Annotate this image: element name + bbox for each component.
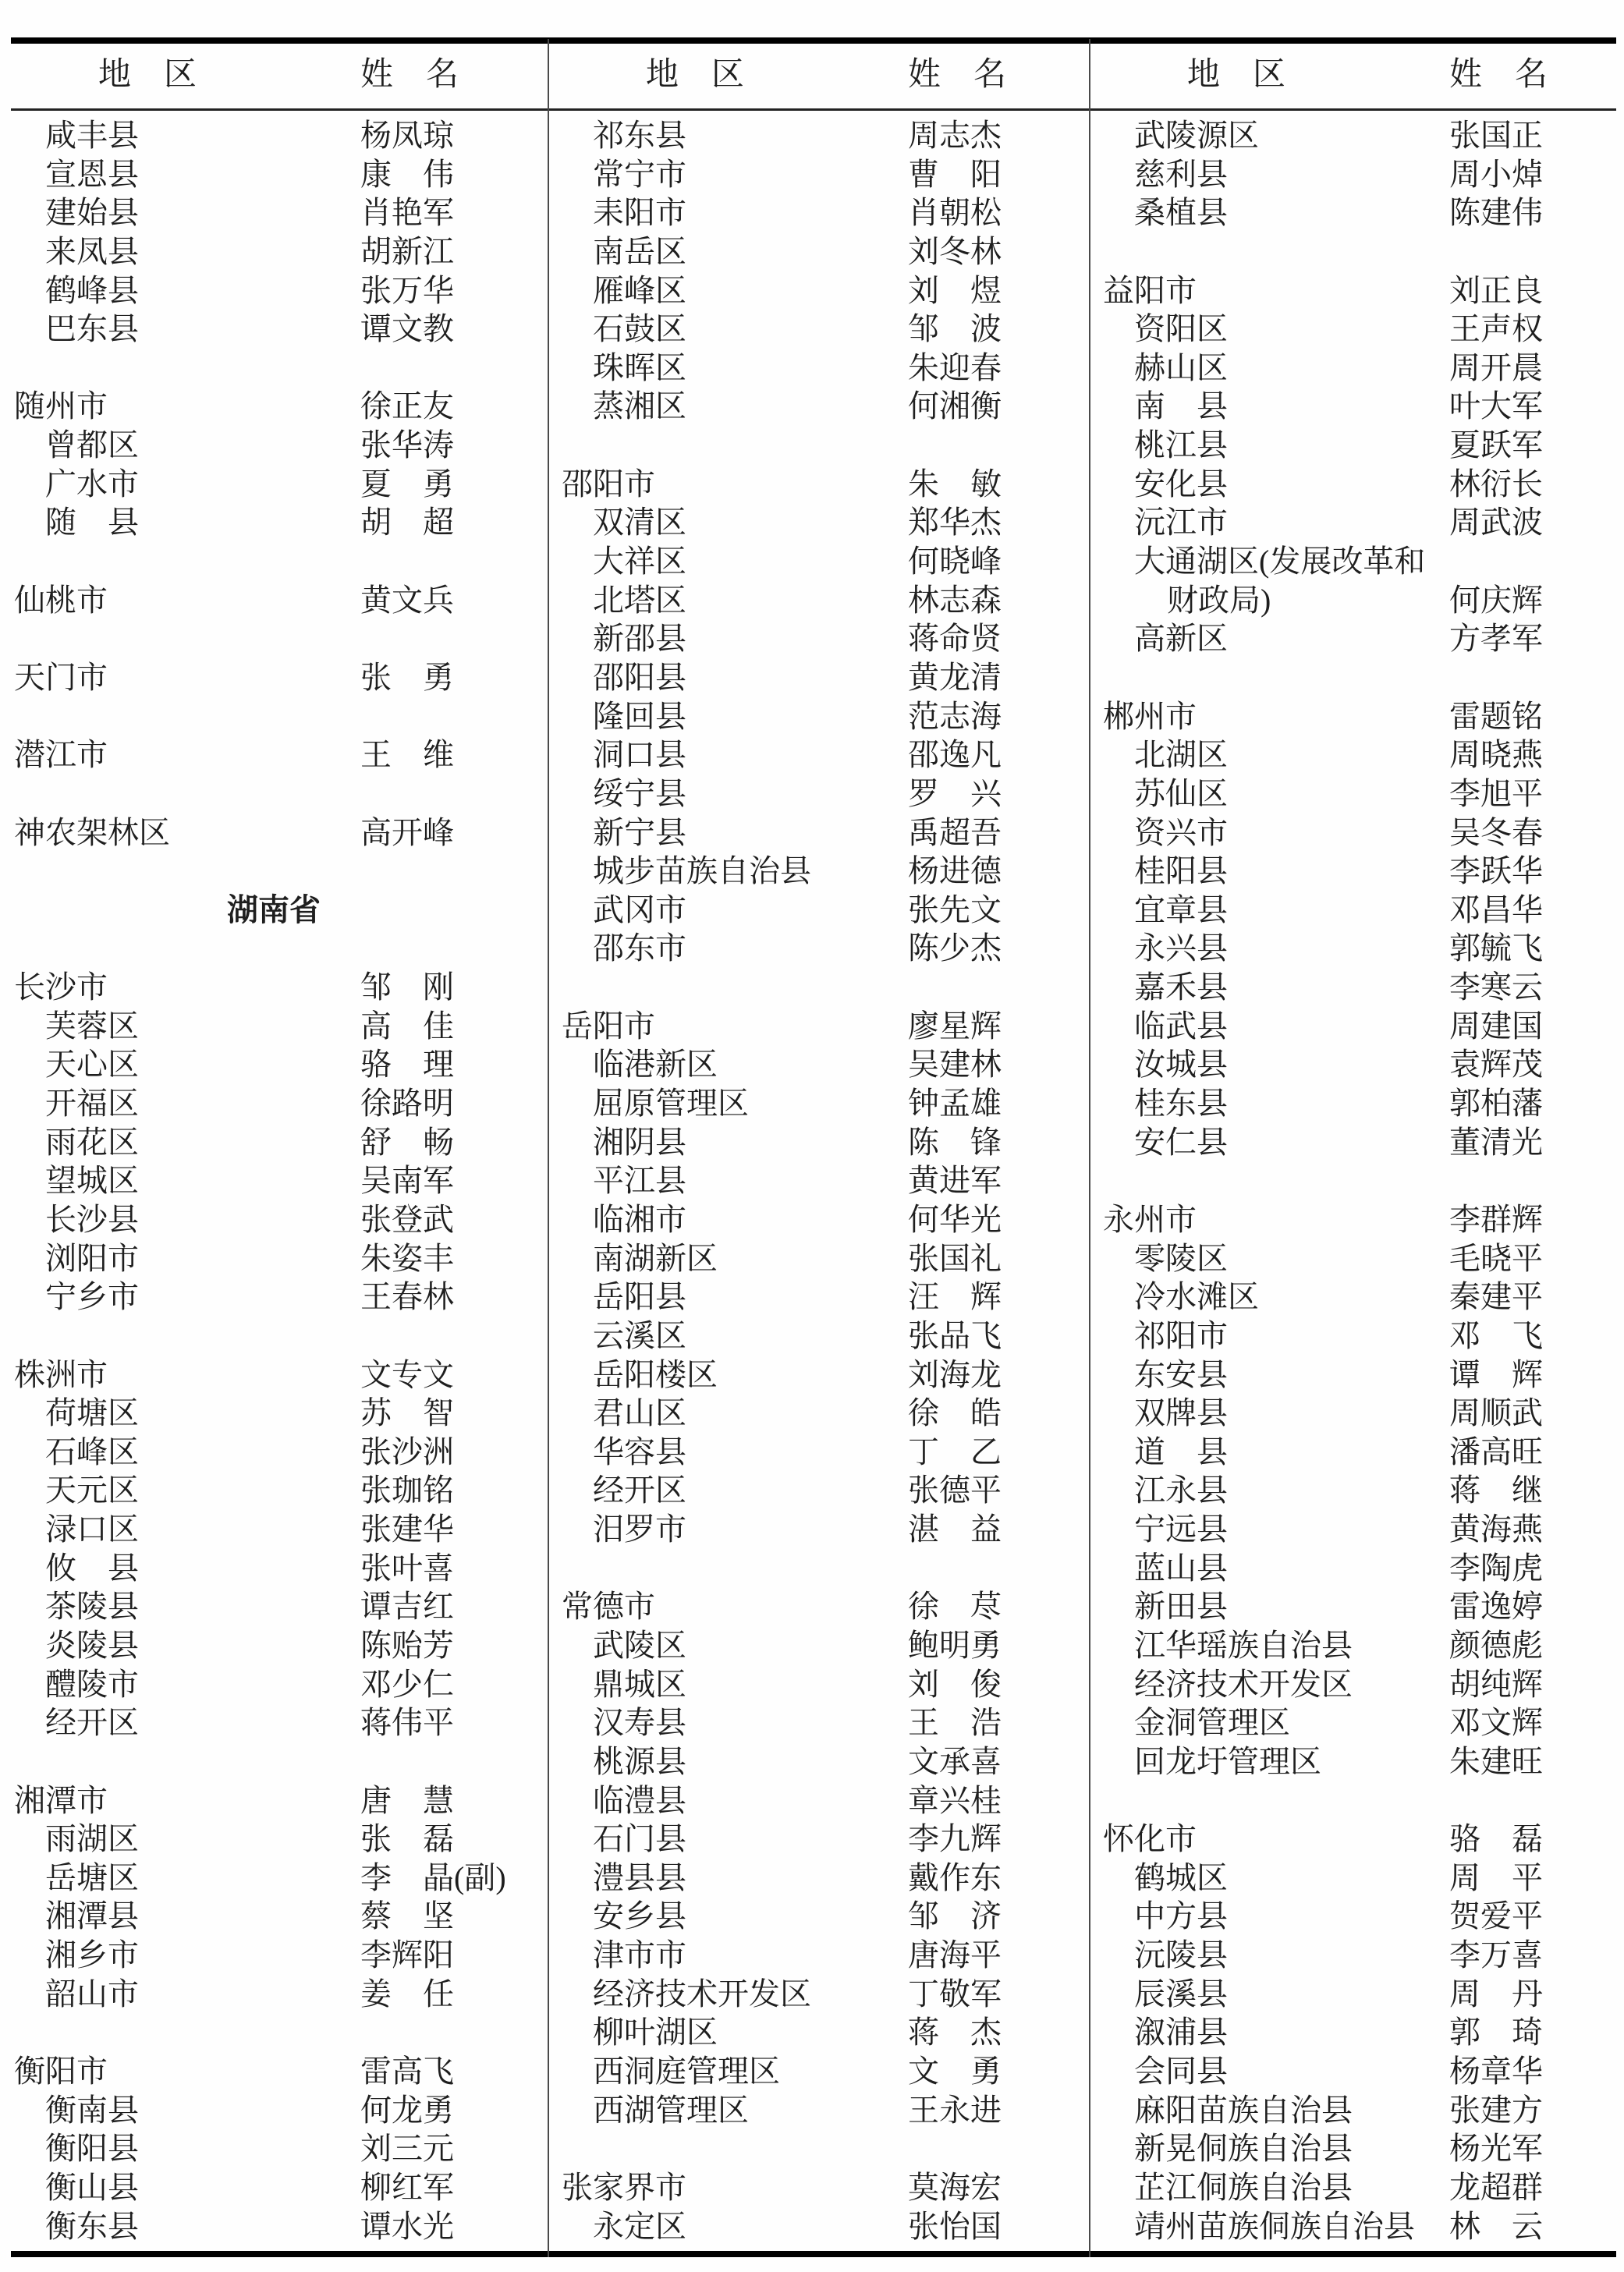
region-cell: 澧县县 <box>593 1859 686 1898</box>
table-row: 大通湖区(发展改革和 <box>1089 542 1624 581</box>
region-cell: 武冈市 <box>593 891 686 930</box>
blank-row <box>0 619 548 658</box>
table-row: 郴州市雷题铭 <box>1089 697 1624 736</box>
name-cell: 唐 慧 <box>360 1781 454 1820</box>
table-row: 汨罗市湛 益 <box>548 1510 1089 1549</box>
name-cell: 杨凤琼 <box>360 116 454 155</box>
region-cell: 双清区 <box>593 503 686 542</box>
region-cell: 新宁县 <box>593 813 686 852</box>
region-cell: 永定区 <box>593 2207 686 2246</box>
region-cell: 临港新区 <box>593 1045 718 1084</box>
table-row: 安乡县邹 济 <box>548 1897 1089 1936</box>
table-row: 云溪区张品飞 <box>548 1317 1089 1356</box>
name-cell: 李 晶(副) <box>360 1859 506 1898</box>
table-row: 雨花区舒 畅 <box>0 1123 548 1162</box>
table-row: 张家界市莫海宏 <box>548 2168 1089 2207</box>
region-cell: 随 县 <box>45 503 139 542</box>
column-2-header: 地 区 姓 名 <box>548 44 1089 106</box>
name-cell: 周 平 <box>1449 1859 1543 1898</box>
column-1-rows: 咸丰县杨凤琼宣恩县康 伟建始县肖艳军来凤县胡新江鹤峰县张万华巴东县谭文教随州市徐… <box>0 116 548 2245</box>
region-cell: 芙蓉区 <box>45 1007 139 1046</box>
table-row: 石门县李九辉 <box>548 1820 1089 1859</box>
table-row: 临港新区吴建林 <box>548 1045 1089 1084</box>
region-cell: 沅江市 <box>1134 503 1228 542</box>
table-row: 城步苗族自治县杨进德 <box>548 852 1089 891</box>
name-cell: 陈 锋 <box>908 1123 1002 1162</box>
region-cell: 石鼓区 <box>593 310 686 349</box>
name-cell: 曹 阳 <box>908 155 1002 194</box>
table-row: 广水市夏 勇 <box>0 465 548 504</box>
table-row: 靖州苗族侗族自治县林 云 <box>1089 2207 1624 2246</box>
region-cell: 道 县 <box>1134 1433 1228 1472</box>
blank-row <box>1089 1781 1624 1820</box>
name-cell: 李群辉 <box>1449 1200 1543 1239</box>
name-cell: 夏 勇 <box>360 465 454 504</box>
region-cell: 资兴市 <box>1134 813 1228 852</box>
table-row: 津市市唐海平 <box>548 1936 1089 1975</box>
table-row: 经开区蒋伟平 <box>0 1703 548 1742</box>
table-row: 鼎城区刘 俊 <box>548 1665 1089 1704</box>
region-cell: 南 县 <box>1134 387 1228 426</box>
name-cell: 张德平 <box>908 1471 1002 1510</box>
table-row: 回龙圩管理区朱建旺 <box>1089 1742 1624 1781</box>
region-cell: 平江县 <box>593 1161 686 1200</box>
table-row: 新晃侗族自治县杨光军 <box>1089 2129 1624 2168</box>
table-row: 浏阳市朱姿丰 <box>0 1239 548 1278</box>
table-row: 衡南县何龙勇 <box>0 2091 548 2130</box>
column-3-rows: 武陵源区张国正慈利县周小焯桑植县陈建伟益阳市刘正良资阳区王声权赫山区周开晨南 县… <box>1089 116 1624 2245</box>
table-row: 湘乡市李辉阳 <box>0 1936 548 1975</box>
name-cell: 戴作东 <box>908 1859 1002 1898</box>
name-cell: 林志森 <box>908 581 1002 620</box>
table-row: 随州市徐正友 <box>0 387 548 426</box>
table-row: 桂东县郭柏藩 <box>1089 1084 1624 1123</box>
name-cell: 张国正 <box>1449 116 1543 155</box>
table-row: 辰溪县周 丹 <box>1089 1975 1624 2014</box>
name-cell: 张 勇 <box>360 658 454 697</box>
name-cell: 舒 畅 <box>360 1123 454 1162</box>
table-row: 长沙市邹 刚 <box>0 968 548 1007</box>
region-cell: 长沙县 <box>45 1200 139 1239</box>
name-cell: 文专文 <box>360 1356 454 1395</box>
name-cell: 何龙勇 <box>360 2091 454 2130</box>
table-row: 临澧县章兴桂 <box>548 1781 1089 1820</box>
table-row: 邵阳县黄龙清 <box>548 658 1089 697</box>
region-cell: 炎陵县 <box>45 1626 139 1665</box>
name-cell: 邹 波 <box>908 310 1002 349</box>
name-cell: 邵逸凡 <box>908 735 1002 774</box>
name-cell: 周武波 <box>1449 503 1543 542</box>
name-cell: 周开晨 <box>1449 349 1543 388</box>
region-cell: 华容县 <box>593 1433 686 1472</box>
name-cell: 何华光 <box>908 1200 1002 1239</box>
region-cell: 衡山县 <box>45 2168 139 2207</box>
table-row: 北塔区林志森 <box>548 581 1089 620</box>
table-row: 衡山县柳红军 <box>0 2168 548 2207</box>
region-cell: 津市市 <box>593 1936 686 1975</box>
region-cell: 高新区 <box>1134 619 1228 658</box>
table-row: 宣恩县康 伟 <box>0 155 548 194</box>
region-cell: 衡东县 <box>45 2207 139 2246</box>
region-cell: 蓝山县 <box>1134 1549 1228 1588</box>
table-row: 芷江侗族自治县龙超群 <box>1089 2168 1624 2207</box>
name-cell: 杨章华 <box>1449 2052 1543 2091</box>
region-cell: 零陵区 <box>1134 1239 1228 1278</box>
name-cell: 胡新江 <box>360 232 454 271</box>
table-row: 临武县周建国 <box>1089 1007 1624 1046</box>
region-cell: 仙桃市 <box>14 581 108 620</box>
table-row: 南岳区刘冬林 <box>548 232 1089 271</box>
name-cell: 林 云 <box>1449 2207 1543 2246</box>
name-cell: 王 浩 <box>908 1703 1002 1742</box>
name-cell: 吴南军 <box>360 1161 454 1200</box>
table-row: 宜章县邓昌华 <box>1089 891 1624 930</box>
region-cell: 隆回县 <box>593 697 686 736</box>
table-row: 攸 县张叶喜 <box>0 1549 548 1588</box>
region-cell: 北塔区 <box>593 581 686 620</box>
name-cell: 骆 磊 <box>1449 1820 1543 1859</box>
name-cell: 谭吉红 <box>360 1587 454 1626</box>
region-cell: 蒸湘区 <box>593 387 686 426</box>
table-column-3: 地 区 姓 名 武陵源区张国正慈利县周小焯桑植县陈建伟益阳市刘正良资阳区王声权赫… <box>1089 0 1624 2272</box>
name-cell: 董清光 <box>1449 1123 1543 1162</box>
name-cell: 叶大军 <box>1449 387 1543 426</box>
name-cell: 王声权 <box>1449 310 1543 349</box>
name-cell: 邓 飞 <box>1449 1317 1543 1356</box>
table-row: 望城区吴南军 <box>0 1161 548 1200</box>
region-cell: 岳塘区 <box>45 1859 139 1898</box>
name-cell: 周晓燕 <box>1449 735 1543 774</box>
table-row: 洞口县邵逸凡 <box>548 735 1089 774</box>
table-row: 柳叶湖区蒋 杰 <box>548 2013 1089 2052</box>
table-row: 江永县蒋 继 <box>1089 1471 1624 1510</box>
name-cell: 何晓峰 <box>908 542 1002 581</box>
name-cell: 胡纯辉 <box>1449 1665 1543 1704</box>
blank-row <box>0 697 548 736</box>
table-row: 苏仙区李旭平 <box>1089 774 1624 813</box>
region-cell: 经济技术开发区 <box>593 1975 811 2014</box>
region-cell: 辰溪县 <box>1134 1975 1228 2014</box>
table-row: 岳阳市廖星辉 <box>548 1007 1089 1046</box>
name-cell: 张建华 <box>360 1510 454 1549</box>
region-cell: 靖州苗族侗族自治县 <box>1134 2207 1415 2246</box>
name-cell: 谭水光 <box>360 2207 454 2246</box>
name-cell: 范志海 <box>908 697 1002 736</box>
name-cell: 莫海宏 <box>908 2168 1002 2207</box>
region-cell: 常德市 <box>562 1587 655 1626</box>
table-row: 天心区骆 理 <box>0 1045 548 1084</box>
name-cell: 朱迎春 <box>908 349 1002 388</box>
name-cell: 雷题铭 <box>1449 697 1543 736</box>
name-cell: 禹超吾 <box>908 813 1002 852</box>
name-cell: 柳红军 <box>360 2168 454 2207</box>
region-cell: 桑植县 <box>1134 193 1228 232</box>
name-cell: 邓昌华 <box>1449 891 1543 930</box>
region-cell: 衡阳县 <box>45 2129 139 2168</box>
blank-row <box>0 542 548 581</box>
region-cell: 永兴县 <box>1134 929 1228 968</box>
table-row: 经开区张德平 <box>548 1471 1089 1510</box>
name-cell: 朱姿丰 <box>360 1239 454 1278</box>
name-cell: 王永进 <box>908 2091 1002 2130</box>
region-cell: 武陵源区 <box>1134 116 1259 155</box>
name-cell: 周小焯 <box>1449 155 1543 194</box>
region-column-header: 地 区 <box>1187 44 1285 106</box>
region-cell: 新田县 <box>1134 1587 1228 1626</box>
name-cell: 鲍明勇 <box>908 1626 1002 1665</box>
name-cell: 文承喜 <box>908 1742 1002 1781</box>
table-row: 桂阳县李跃华 <box>1089 852 1624 891</box>
name-cell: 肖艳军 <box>360 193 454 232</box>
name-cell: 李寒云 <box>1449 968 1543 1007</box>
table-row: 石鼓区邹 波 <box>548 310 1089 349</box>
name-cell: 谭 辉 <box>1449 1356 1543 1395</box>
region-cell: 攸 县 <box>45 1549 139 1588</box>
name-cell: 蒋命贤 <box>908 619 1002 658</box>
region-cell: 金洞管理区 <box>1134 1703 1290 1742</box>
name-cell: 吴建林 <box>908 1045 1002 1084</box>
table-row: 零陵区毛晓平 <box>1089 1239 1624 1278</box>
table-row: 经济技术开发区丁敬军 <box>548 1975 1089 2014</box>
region-cell: 洞口县 <box>593 735 686 774</box>
name-cell: 文 勇 <box>908 2052 1002 2091</box>
name-cell: 张国礼 <box>908 1239 1002 1278</box>
table-row: 汝城县袁辉茂 <box>1089 1045 1624 1084</box>
name-cell: 雷高飞 <box>360 2052 454 2091</box>
name-column-header: 姓 名 <box>908 44 1006 106</box>
table-row: 醴陵市邓少仁 <box>0 1665 548 1704</box>
region-cell: 柳叶湖区 <box>593 2013 718 2052</box>
table-row: 巴东县谭文教 <box>0 310 548 349</box>
table-row: 岳阳县汪 辉 <box>548 1278 1089 1317</box>
table-row: 宁乡市王春林 <box>0 1278 548 1317</box>
region-cell: 荷塘区 <box>45 1394 139 1433</box>
name-cell: 周志杰 <box>908 116 1002 155</box>
table-row: 武冈市张先文 <box>548 891 1089 930</box>
column-2-rows: 祁东县周志杰常宁市曹 阳耒阳市肖朝松南岳区刘冬林雁峰区刘 煜石鼓区邹 波珠晖区朱… <box>548 116 1089 2245</box>
name-cell: 张 磊 <box>360 1820 454 1859</box>
table-row: 会同县杨章华 <box>1089 2052 1624 2091</box>
table-row: 芙蓉区高 佳 <box>0 1007 548 1046</box>
blank-row <box>548 1549 1089 1588</box>
table-row: 鹤峰县张万华 <box>0 271 548 310</box>
name-cell: 夏跃军 <box>1449 426 1543 465</box>
table-column-1: 地 区 姓 名 咸丰县杨凤琼宣恩县康 伟建始县肖艳军来凤县胡新江鹤峰县张万华巴东… <box>0 0 548 2272</box>
table-row: 石峰区张沙洲 <box>0 1433 548 1472</box>
table-row: 岳塘区李 晶(副) <box>0 1859 548 1898</box>
name-cell: 李旭平 <box>1449 774 1543 813</box>
name-cell: 陈少杰 <box>908 929 1002 968</box>
table-row: 潜江市王 维 <box>0 735 548 774</box>
region-cell: 鹤峰县 <box>45 271 139 310</box>
name-cell: 蔡 坚 <box>360 1897 454 1936</box>
name-cell: 周建国 <box>1449 1007 1543 1046</box>
name-cell: 黄龙清 <box>908 658 1002 697</box>
region-cell: 绥宁县 <box>593 774 686 813</box>
region-cell: 北湖区 <box>1134 735 1228 774</box>
name-cell: 黄进军 <box>908 1161 1002 1200</box>
name-cell: 刘 煜 <box>908 271 1002 310</box>
name-cell: 肖朝松 <box>908 193 1002 232</box>
table-row: 天门市张 勇 <box>0 658 548 697</box>
name-cell: 雷逸婷 <box>1449 1587 1543 1626</box>
name-cell: 刘海龙 <box>908 1356 1002 1395</box>
name-cell: 张沙洲 <box>360 1433 454 1472</box>
table-row: 桑植县陈建伟 <box>1089 193 1624 232</box>
name-cell: 张先文 <box>908 891 1002 930</box>
region-cell: 韶山市 <box>45 1975 139 2014</box>
region-cell: 潜江市 <box>14 735 108 774</box>
blank-row <box>548 968 1089 1007</box>
region-cell: 珠晖区 <box>593 349 686 388</box>
region-cell: 祁阳市 <box>1134 1317 1228 1356</box>
name-cell: 王 维 <box>360 735 454 774</box>
region-cell: 石门县 <box>593 1820 686 1859</box>
region-cell: 临湘市 <box>593 1200 686 1239</box>
region-cell: 张家界市 <box>562 2168 686 2207</box>
name-cell: 杨光军 <box>1449 2129 1543 2168</box>
name-cell: 黄海燕 <box>1449 1510 1543 1549</box>
name-cell: 康 伟 <box>360 155 454 194</box>
name-cell: 苏 智 <box>360 1394 454 1433</box>
region-cell: 祁东县 <box>593 116 686 155</box>
table-row: 高新区方孝军 <box>1089 619 1624 658</box>
table-row: 仙桃市黄文兵 <box>0 581 548 620</box>
table-row: 资阳区王声权 <box>1089 310 1624 349</box>
blank-row <box>0 2013 548 2052</box>
table-row: 安化县林衍长 <box>1089 465 1624 504</box>
region-cell: 云溪区 <box>593 1317 686 1356</box>
table-row: 道 县潘高旺 <box>1089 1433 1624 1472</box>
name-cell: 钟孟雄 <box>908 1084 1002 1123</box>
name-cell: 何庆辉 <box>1449 581 1543 620</box>
region-cell: 天心区 <box>45 1045 139 1084</box>
region-cell: 石峰区 <box>45 1433 139 1472</box>
name-cell: 郑华杰 <box>908 503 1002 542</box>
table-row: 珠晖区朱迎春 <box>548 349 1089 388</box>
region-cell: 冷水滩区 <box>1134 1278 1259 1317</box>
name-cell: 李万喜 <box>1449 1936 1543 1975</box>
table-row: 永定区张怡国 <box>548 2207 1089 2246</box>
region-cell: 临武县 <box>1134 1007 1228 1046</box>
name-cell: 刘三元 <box>360 2129 454 2168</box>
table-row: 嘉禾县李寒云 <box>1089 968 1624 1007</box>
region-cell: 江华瑶族自治县 <box>1134 1626 1353 1665</box>
table-row: 屈原管理区钟孟雄 <box>548 1084 1089 1123</box>
region-cell: 汉寿县 <box>593 1703 686 1742</box>
region-cell: 来凤县 <box>45 232 139 271</box>
table-row: 神农架林区高开峰 <box>0 813 548 852</box>
blank-row <box>1089 232 1624 271</box>
name-cell: 湛 益 <box>908 1510 1002 1549</box>
region-cell: 双牌县 <box>1134 1394 1228 1433</box>
table-row: 西洞庭管理区文 勇 <box>548 2052 1089 2091</box>
region-cell: 望城区 <box>45 1161 139 1200</box>
name-cell: 吴冬春 <box>1449 813 1543 852</box>
region-cell: 茶陵县 <box>45 1587 139 1626</box>
region-cell: 君山区 <box>593 1394 686 1433</box>
name-cell: 刘冬林 <box>908 232 1002 271</box>
table-row: 衡阳市雷高飞 <box>0 2052 548 2091</box>
region-cell: 桂阳县 <box>1134 852 1228 891</box>
blank-row <box>0 1317 548 1356</box>
region-cell: 永州市 <box>1103 1200 1197 1239</box>
region-cell: 资阳区 <box>1134 310 1228 349</box>
table-row: 咸丰县杨凤琼 <box>0 116 548 155</box>
region-cell: 岳阳楼区 <box>593 1356 718 1395</box>
table-row: 衡阳县刘三元 <box>0 2129 548 2168</box>
table-row: 汉寿县王 浩 <box>548 1703 1089 1742</box>
region-column-header: 地 区 <box>646 44 744 106</box>
name-cell: 李跃华 <box>1449 852 1543 891</box>
blank-row <box>548 2129 1089 2168</box>
name-cell: 骆 理 <box>360 1045 454 1084</box>
table-row: 鹤城区周 平 <box>1089 1859 1624 1898</box>
name-cell: 张珈铭 <box>360 1471 454 1510</box>
name-cell: 李九辉 <box>908 1820 1002 1859</box>
table-row: 安仁县董清光 <box>1089 1123 1624 1162</box>
blank-row <box>1089 658 1624 697</box>
name-cell: 邹 刚 <box>360 968 454 1007</box>
name-cell: 罗 兴 <box>908 774 1002 813</box>
name-cell: 蒋伟平 <box>360 1703 454 1742</box>
table-row: 渌口区张建华 <box>0 1510 548 1549</box>
name-cell: 陈贻芳 <box>360 1626 454 1665</box>
name-cell: 郭毓飞 <box>1449 929 1543 968</box>
table-row: 财政局)何庆辉 <box>1089 581 1624 620</box>
region-cell: 大祥区 <box>593 542 686 581</box>
table-row: 西湖管理区王永进 <box>548 2091 1089 2130</box>
table-row: 北湖区周晓燕 <box>1089 735 1624 774</box>
region-cell: 咸丰县 <box>45 116 139 155</box>
table-row: 韶山市姜 任 <box>0 1975 548 2014</box>
name-cell: 李辉阳 <box>360 1936 454 1975</box>
region-cell: 慈利县 <box>1134 155 1228 194</box>
region-cell: 溆浦县 <box>1134 2013 1228 2052</box>
table-row: 邵东市陈少杰 <box>548 929 1089 968</box>
table-row: 资兴市吴冬春 <box>1089 813 1624 852</box>
region-cell: 鼎城区 <box>593 1665 686 1704</box>
table-row: 炎陵县陈贻芳 <box>0 1626 548 1665</box>
table-row: 天元区张珈铭 <box>0 1471 548 1510</box>
name-cell: 潘高旺 <box>1449 1433 1543 1472</box>
region-cell: 桂东县 <box>1134 1084 1228 1123</box>
table-row: 大祥区何晓峰 <box>548 542 1089 581</box>
table-row: 南 县叶大军 <box>1089 387 1624 426</box>
name-cell: 丁敬军 <box>908 1975 1002 2014</box>
region-cell: 武陵区 <box>593 1626 686 1665</box>
table-row: 建始县肖艳军 <box>0 193 548 232</box>
region-cell: 嘉禾县 <box>1134 968 1228 1007</box>
table-row: 常德市徐 荩 <box>548 1587 1089 1626</box>
region-cell: 雁峰区 <box>593 271 686 310</box>
region-cell: 岳阳县 <box>593 1278 686 1317</box>
table-row: 沅陵县李万喜 <box>1089 1936 1624 1975</box>
name-cell: 姜 任 <box>360 1975 454 2014</box>
region-cell: 湘潭市 <box>14 1781 108 1820</box>
table-row: 永州市李群辉 <box>1089 1200 1624 1239</box>
table-row: 荷塘区苏 智 <box>0 1394 548 1433</box>
region-cell: 南岳区 <box>593 232 686 271</box>
region-cell: 财政局) <box>1167 581 1271 620</box>
table-row: 随 县胡 超 <box>0 503 548 542</box>
table-row: 双牌县周顺武 <box>1089 1394 1624 1433</box>
table-row: 株洲市文专文 <box>0 1356 548 1395</box>
region-cell: 常宁市 <box>593 155 686 194</box>
region-cell: 雨湖区 <box>45 1820 139 1859</box>
name-cell: 刘正良 <box>1449 271 1543 310</box>
region-cell: 回龙圩管理区 <box>1134 1742 1321 1781</box>
